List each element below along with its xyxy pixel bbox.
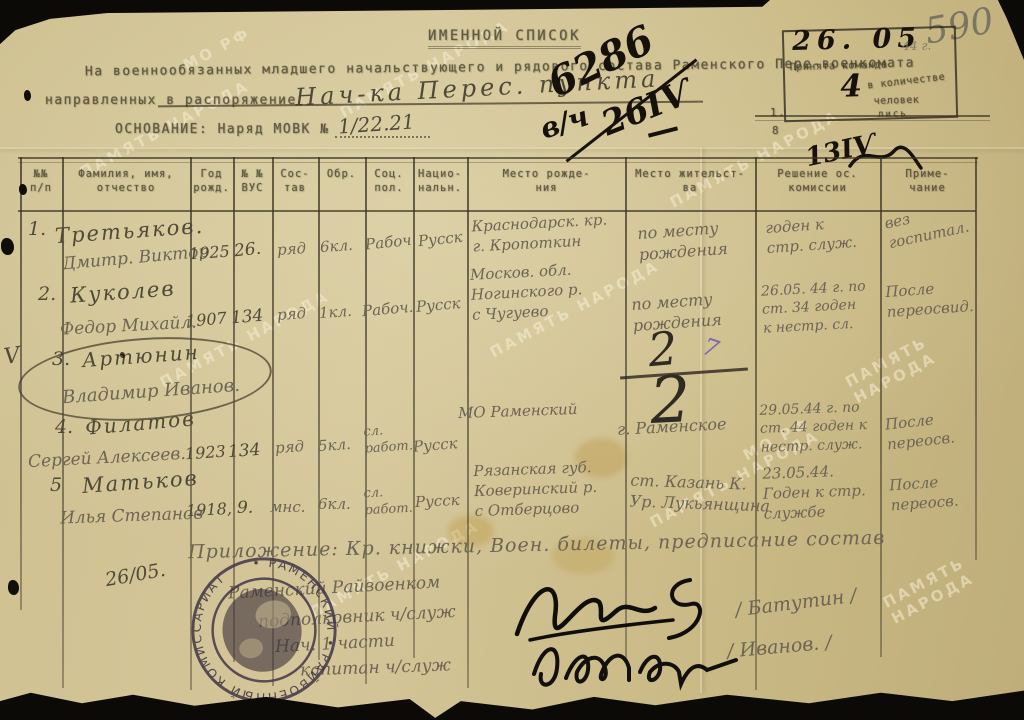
row2-num: 2. bbox=[38, 283, 56, 305]
row1-decision: годен к стр. служ. bbox=[765, 213, 858, 259]
form-line bbox=[755, 115, 990, 117]
torn-edge-top bbox=[0, 0, 770, 45]
row5-obr: 6кл. bbox=[318, 495, 351, 513]
row2-name: Федор Михайл. bbox=[60, 312, 198, 339]
torn-edge-bottom bbox=[0, 678, 1024, 720]
col-header-vus: № № ВУС bbox=[234, 168, 271, 195]
row1-obr: 6кл. bbox=[319, 236, 353, 256]
paper-speck bbox=[120, 352, 125, 358]
table-header-underline bbox=[18, 210, 976, 212]
col-header-year: Год рожд. bbox=[192, 168, 231, 195]
table-vline bbox=[975, 157, 977, 560]
row4-vus: 134 bbox=[227, 440, 261, 462]
row1-num: 1. bbox=[28, 218, 46, 240]
doc-title: ИМЕННОЙ СПИСОК bbox=[428, 28, 581, 49]
dotted-underline bbox=[335, 136, 430, 138]
row2-sostav: ряд bbox=[276, 304, 306, 324]
row5-birth: Рязанская губ. Коверинский р. с Отберцов… bbox=[473, 458, 598, 522]
table-top-line bbox=[18, 157, 978, 159]
row2-year: 1907 bbox=[185, 308, 227, 330]
row4-birth: МО Раменский bbox=[458, 400, 578, 422]
row1-soc: Рабоч. bbox=[364, 230, 417, 253]
row5-live: ст. Казань К. Ур. Лукьянщина bbox=[629, 470, 771, 517]
form-line bbox=[755, 120, 990, 121]
row2-nac: Русск bbox=[415, 294, 461, 316]
row4-live: г. Раменское bbox=[617, 414, 727, 439]
col-header-note: Приме- чание bbox=[882, 168, 973, 195]
receipt-line1: Принята команда bbox=[790, 60, 888, 74]
row1-birth: Краснодарск. кр. г. Кропоткин bbox=[471, 210, 609, 257]
row5-vus: 9. bbox=[237, 498, 253, 518]
row5-name: Илья Степанов bbox=[60, 504, 204, 529]
footer-signature-name1: / Батутин / bbox=[734, 585, 858, 622]
basis-label: ОСНОВАНИЕ: Наряд МОВК № bbox=[115, 122, 330, 137]
row5-note: После переосв. bbox=[889, 472, 960, 516]
table-vline bbox=[467, 157, 469, 688]
receipt-year: 44 г. bbox=[902, 38, 931, 53]
col-header-nac: Нацио- нальн. bbox=[415, 168, 465, 195]
row5-surname: Матьков bbox=[81, 466, 199, 498]
row5-sostav: мнс. bbox=[270, 498, 306, 516]
col-header-live: Место жительст- ва bbox=[627, 168, 753, 195]
scanned-document: ПАМЯТЬ НАРОДА ПАМЯТЬ НАРОДА ПАМЯТЬ НАРОД… bbox=[0, 0, 1024, 720]
row4-num: 4. bbox=[55, 416, 73, 438]
receipt-line3: человек bbox=[874, 95, 920, 107]
basis-number-handwritten: 1/22.21 bbox=[337, 109, 415, 138]
row4-soc: сл. работ. bbox=[363, 420, 414, 458]
margin-number-1: 1. bbox=[770, 106, 786, 119]
row2-vus: 134 bbox=[230, 306, 264, 329]
row5-nac: Русск bbox=[415, 491, 460, 511]
row4-year: 1923 bbox=[184, 442, 226, 464]
col-header-obr: Обр. bbox=[320, 168, 363, 182]
watermark: ПАМЯТЬ НАРОДА bbox=[880, 528, 1024, 627]
col-header-soc: Соц. пол. bbox=[367, 168, 411, 195]
margin-number-8: 8 bbox=[772, 124, 780, 137]
row4-nac: Русск bbox=[412, 434, 458, 456]
paper-speck bbox=[1, 238, 14, 255]
row5-num: 5 bbox=[50, 474, 62, 496]
receipt-count-handwritten: 4 bbox=[840, 68, 863, 105]
paper-speck bbox=[19, 184, 27, 195]
row4-sostav: ряд bbox=[274, 437, 304, 457]
row5-soc: сл. работ. bbox=[363, 483, 413, 520]
row4-note: После переосв. bbox=[884, 409, 956, 455]
row5-decision: 23.05.44. Годен к стр. службе bbox=[762, 461, 867, 524]
col-header-name: Фамилия, имя, отчество bbox=[64, 168, 188, 195]
col-header-num: №№ п/п bbox=[22, 168, 60, 195]
row2-decision: 26.05. 44 г. по ст. 34 годен к нестр. сл… bbox=[761, 277, 868, 338]
round-stamp: • РАМЕНСКИЙ • РАЙВОЕННЫЙ КОМИССАРИАТ bbox=[172, 537, 355, 720]
purple-pen-tick: 7 bbox=[699, 332, 722, 363]
ink-signature-2 bbox=[528, 622, 748, 697]
row1-year: 1925 bbox=[188, 242, 230, 264]
ink-dash bbox=[648, 126, 678, 137]
row2-birth: Москов. обл. Ногинского р. с Чугуево bbox=[470, 260, 584, 325]
table-top-line-2 bbox=[18, 162, 978, 163]
row1-live: по месту рождения bbox=[637, 217, 729, 265]
row3-checkmark: V bbox=[2, 343, 21, 370]
ink-unit-mark: в/ч bbox=[536, 99, 592, 145]
row5-year: 1918, bbox=[186, 499, 233, 520]
col-header-decision: Решение ос. комиссии bbox=[757, 168, 878, 195]
col-header-sostav: Сос- тав bbox=[274, 168, 316, 195]
row1-sostav: ряд bbox=[276, 239, 306, 259]
torn-edge-corner bbox=[995, 0, 1024, 60]
paper-speck bbox=[8, 580, 19, 595]
row4-obr: 5кл. bbox=[317, 435, 351, 455]
row2-obr: 1кл. bbox=[318, 302, 352, 322]
row2-surname: Куколев bbox=[69, 276, 176, 307]
row2-note: После переосвид. bbox=[885, 277, 975, 323]
table-vline bbox=[880, 157, 882, 657]
paper-speck bbox=[24, 90, 31, 101]
footer-date: 26/05. bbox=[104, 559, 168, 591]
row2-live: по месту рождения bbox=[631, 288, 723, 336]
col-header-birth: Место рожде- ния bbox=[470, 168, 623, 195]
receipt-line2: в количестве bbox=[867, 72, 946, 92]
receipt-stamp-box: 26. 05 44 г. Принята команда 4 в количес… bbox=[782, 26, 958, 123]
row2-soc: Рабоч. bbox=[361, 298, 414, 320]
row1-nac: Русск bbox=[417, 228, 463, 251]
row4-decision: 29.05.44 г. по ст. 44 годен к нестр. слу… bbox=[759, 398, 868, 457]
row1-note: вез госпитал. bbox=[883, 198, 971, 254]
row1-vus: 26. bbox=[233, 239, 262, 262]
